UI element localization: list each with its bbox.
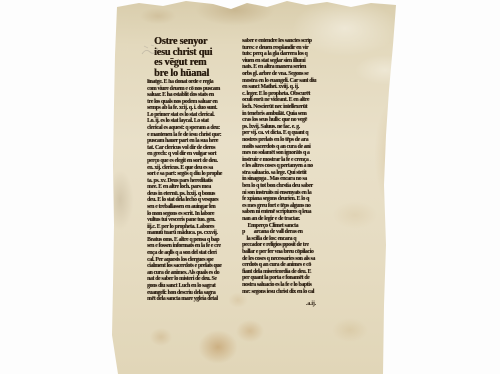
text-line: Ostre senyor bbox=[154, 37, 240, 48]
text-column-right: saber e entendre les sanctes scriptures:… bbox=[242, 38, 330, 297]
text-line: cerdots q an cura de animes e cō bbox=[242, 262, 330, 269]
text-line: ballar e per fer vna breu cōpilacio bbox=[242, 249, 330, 256]
text-line: en sanct Mathei. xviij. q. ij. bbox=[242, 84, 330, 91]
text-line: orbs gl. arbre de vna. Segons se bbox=[242, 71, 330, 78]
text-column-left: linatge. E ha donat orde e reglacom viur… bbox=[147, 79, 235, 304]
text-line: mee. E en altre loch. pars mea bbox=[147, 184, 235, 191]
text-line: saluar. E ha establit dos stats en bbox=[147, 92, 235, 99]
text-line: vultus tui vesceris pane tuo. gen. bbox=[147, 217, 235, 224]
text-line: linatge. E ha donat orde e regla bbox=[147, 79, 235, 86]
text-line: e les altres coses q pertanyen a no bbox=[242, 163, 330, 170]
text-line: euangeli: hon descriu dela sagra bbox=[147, 290, 235, 297]
text-line: p arcana de vall deras en bbox=[242, 229, 330, 236]
text-line: ni son instruits ni ensenyats en la bbox=[242, 190, 330, 197]
text-line: semps ab la fe. xcij. q. i. duo sunt. bbox=[147, 105, 235, 112]
photo-backdrop: Ostre senyoriesu christ quies vēgut remb… bbox=[0, 0, 500, 374]
text-line: fe xpiana segons deurien. E lo q bbox=[242, 196, 330, 203]
text-line: cras los seus hulls: que no vegē bbox=[242, 117, 330, 124]
text-line: sen e fossen informats en la fe e cre bbox=[147, 243, 235, 250]
text-line: tures: e deuen resplandir en vir bbox=[242, 45, 330, 52]
text-line: lo mon segons es scrit. In labore bbox=[147, 211, 235, 218]
text-line: de les coses q necessaries son als sa bbox=[242, 256, 330, 263]
text-line: perço que es elegit en sort de deu. bbox=[147, 158, 235, 165]
text-line: saben ni entenē scriptures q leua bbox=[242, 209, 330, 216]
text-line: sort e sa part: segōs q diu lo prophe bbox=[147, 171, 235, 178]
text-line: deus in eternū. ps. lxxij. q bonus bbox=[147, 191, 235, 198]
text-line: en grech: q vol dir en vulgar sort bbox=[147, 151, 235, 158]
text-line: tuts: perq a la gla darrera los q bbox=[242, 51, 330, 58]
text-line: la scilla de los: encara q bbox=[242, 236, 330, 243]
text-line: nats. E en altra manera serien bbox=[242, 64, 330, 71]
text-line: molts sacerdots q an cura de ani bbox=[242, 144, 330, 151]
text-line: bre lo hūanal bbox=[154, 69, 240, 80]
text-line: deu. E lo stat dela lecho q vesques bbox=[147, 197, 235, 204]
text-line: peccador e religios pposit de tre bbox=[242, 242, 330, 249]
text-line: stra saluacio. sa lege. Qui stetit bbox=[242, 170, 330, 177]
text-line: tre los quals nos podem saluar en bbox=[147, 99, 235, 106]
text-line: me: segons iesu christ dix en lo cal bbox=[242, 289, 330, 296]
text-line: ben lo q tot bon chrstia deu saber bbox=[242, 183, 330, 190]
text-line: nostra saluacio es la fe e lo baptis bbox=[242, 282, 330, 289]
text-line: mēt dela sancta mare ygleia detal bbox=[147, 296, 235, 303]
text-line: per quant la porta e fonamēt de bbox=[242, 275, 330, 282]
text-line: ta. ps. xv. Deus pars hereditatis bbox=[147, 178, 235, 185]
text-line: nostres prelats en lo tēps de ara bbox=[242, 137, 330, 144]
text-line: nan an de legir e de tractar. bbox=[242, 216, 330, 223]
text-line: iij.c. E per lo propheta. Labores bbox=[147, 224, 235, 231]
text-line: puscam hauer part en la sua here bbox=[147, 138, 235, 145]
text-line: es mes greu fort e tēps alguns no bbox=[242, 203, 330, 210]
text-line: in sinagoga . Mas encara no sa bbox=[242, 176, 330, 183]
incunable-page: Ostre senyoriesu christ quies vēgut remb… bbox=[0, 0, 500, 374]
text-line: in tenebris ambulāt. Quia sem bbox=[242, 111, 330, 118]
text-line: tat. Car clericus vol dir de cleros bbox=[147, 145, 235, 152]
text-line: oculi eorū ne videant. E en altre bbox=[242, 97, 330, 104]
text-line: viuen en stat seglar sien illumi bbox=[242, 58, 330, 65]
text-line: loch. Nescierūt nec intellexerūt bbox=[242, 104, 330, 111]
text-line: ença de aqlls q a son del stat cleri bbox=[147, 250, 235, 257]
text-line: cialment los sacerdots e prelats que bbox=[147, 263, 235, 270]
text-line: e mantenen la fe de iesu christ que: bbox=[147, 132, 235, 139]
text-line: Emperço Climet sancta bbox=[242, 223, 330, 230]
text-line: fiant dela misericordia de deu. E bbox=[242, 269, 330, 276]
text-line: c. leger. E lo propheta. Obscurēt bbox=[242, 91, 330, 98]
text-line: sen e treballassen en auingar len bbox=[147, 204, 235, 211]
text-line: en. xij. clericus. E que deu es sa bbox=[147, 165, 235, 172]
text-line: saber e entendre les sanctes scrip bbox=[242, 38, 330, 45]
text-line: mostra en lo euangeli. Car sant diu bbox=[242, 78, 330, 85]
text-line: clerical es aquest: q speram a deu: bbox=[147, 125, 235, 132]
text-line: mes no solamēt son ignorāts q a bbox=[242, 150, 330, 157]
text-line: gons diu sanct Luch en lo sagrat bbox=[147, 283, 235, 290]
text-line: per vij. ca. vt dicta. E q quant q bbox=[242, 130, 330, 137]
signature-mark: .a.ij. bbox=[296, 301, 326, 307]
text-line: an cura de animes. Als quals es do bbox=[147, 270, 235, 277]
text-line: nat de saber lo misteri de deu. Se bbox=[147, 276, 235, 283]
text-line: com viure deuem e cō nos puscam bbox=[147, 86, 235, 93]
text-line: ps. lxvij. Saluus. ne fac. e. g. bbox=[242, 124, 330, 131]
chapter-heading: Ostre senyoriesu christ quies vēgut remb… bbox=[154, 37, 240, 79]
text-line: instruir e mostrar la fe e crença . bbox=[242, 157, 330, 164]
text-line: Lo primer stat es lo stat clerical. bbox=[147, 112, 235, 119]
text-line: manuū tuarū māduca. ps. cxxvij. bbox=[147, 230, 235, 237]
text-line: cal. Per aquests los clergues spe bbox=[147, 257, 235, 264]
text-line: Lo. ij. es lo stat laycal. Lo stat bbox=[147, 118, 235, 125]
text-line: Beatus oms. E altre q pensa q bap bbox=[147, 237, 235, 244]
